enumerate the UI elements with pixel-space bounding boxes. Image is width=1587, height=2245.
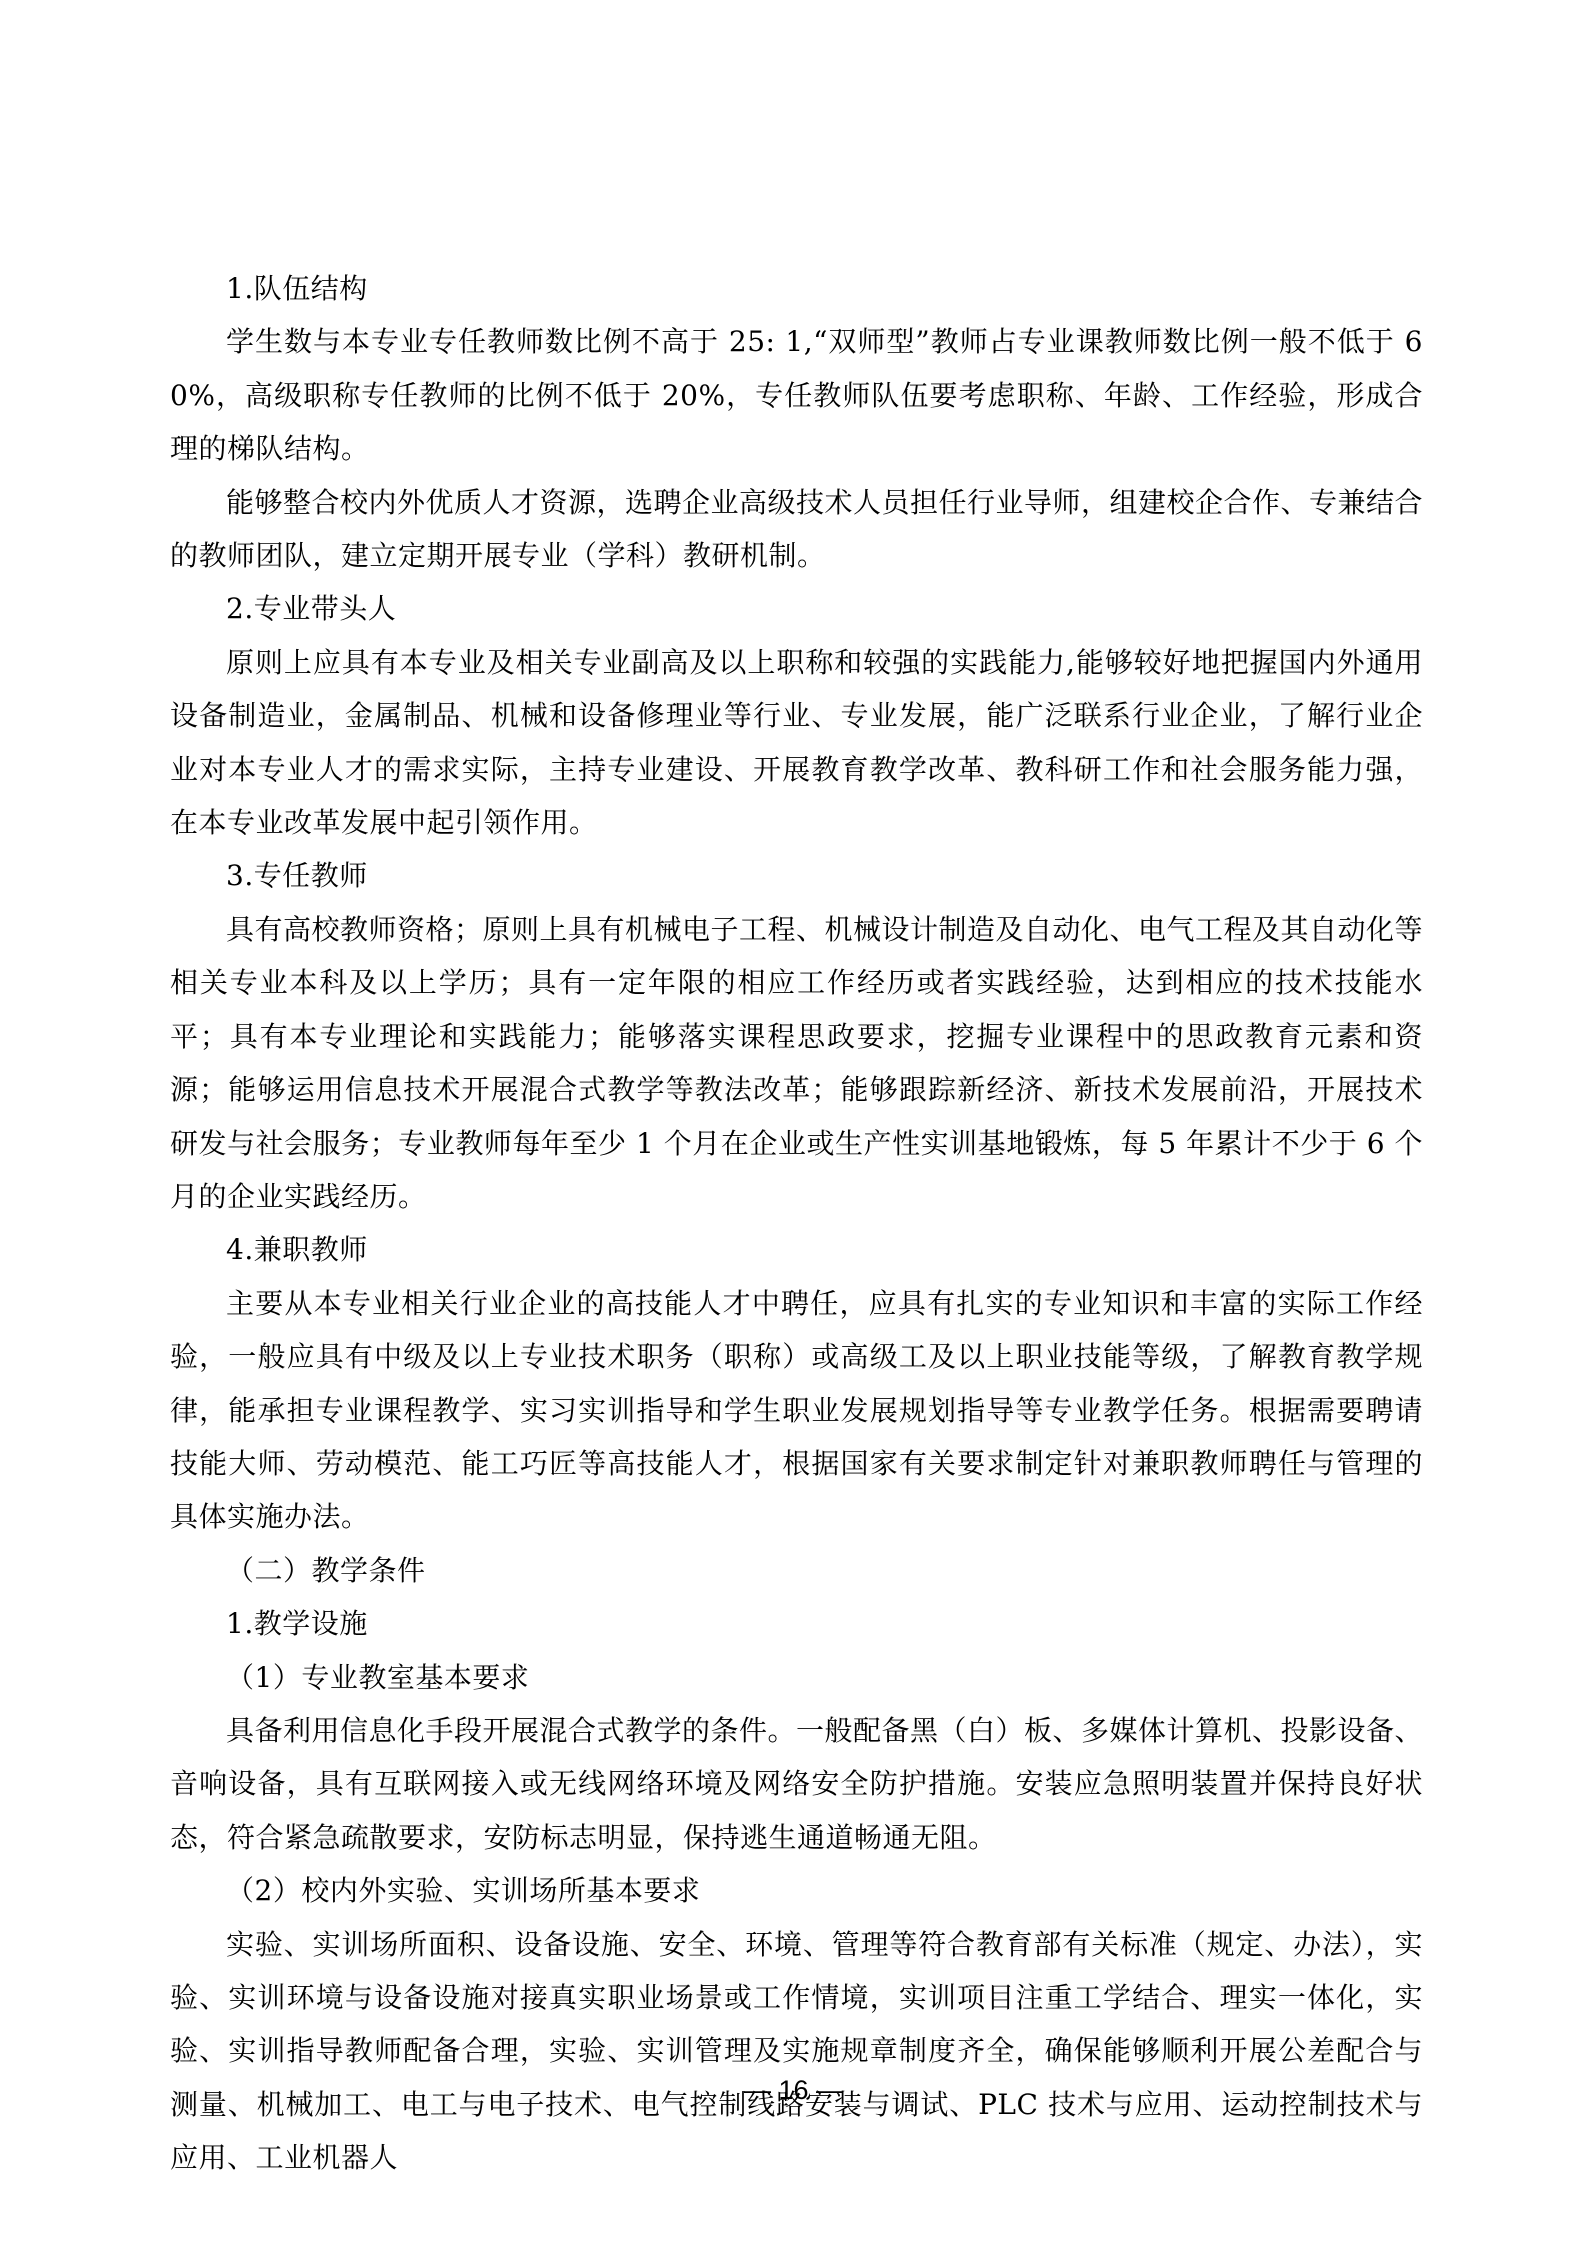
paragraph: 能够整合校内外优质人才资源，选聘企业高级技术人员担任行业导师，组建校企合作、专兼… — [170, 476, 1423, 583]
document-body: 1.队伍结构学生数与本专业专任教师数比例不高于 25: 1,“双师型”教师占专业… — [170, 262, 1423, 2185]
document-page: 1.队伍结构学生数与本专业专任教师数比例不高于 25: 1,“双师型”教师占专业… — [0, 0, 1587, 2245]
section-heading: 4.兼职教师 — [170, 1223, 1423, 1276]
section-heading: （2）校内外实验、实训场所基本要求 — [170, 1864, 1423, 1917]
section-heading: 1.教学设施 — [170, 1597, 1423, 1650]
section-heading: 3.专任教师 — [170, 849, 1423, 902]
section-heading: （二）教学条件 — [170, 1544, 1423, 1597]
section-heading: （1）专业教室基本要求 — [170, 1651, 1423, 1704]
section-heading: 1.队伍结构 — [170, 262, 1423, 315]
paragraph: 主要从本专业相关行业企业的高技能人才中聘任，应具有扎实的专业知识和丰富的实际工作… — [170, 1277, 1423, 1544]
page-number: — 16 — — [0, 2075, 1587, 2106]
paragraph: 学生数与本专业专任教师数比例不高于 25: 1,“双师型”教师占专业课教师数比例… — [170, 315, 1423, 475]
paragraph: 具有高校教师资格；原则上具有机械电子工程、机械设计制造及自动化、电气工程及其自动… — [170, 903, 1423, 1223]
paragraph: 原则上应具有本专业及相关专业副高及以上职称和较强的实践能力,能够较好地把握国内外… — [170, 636, 1423, 850]
section-heading: 2.专业带头人 — [170, 582, 1423, 635]
paragraph: 实验、实训场所面积、设备设施、安全、环境、管理等符合教育部有关标准（规定、办法）… — [170, 1918, 1423, 2185]
paragraph: 具备利用信息化手段开展混合式教学的条件。一般配备黑（白）板、多媒体计算机、投影设… — [170, 1704, 1423, 1864]
